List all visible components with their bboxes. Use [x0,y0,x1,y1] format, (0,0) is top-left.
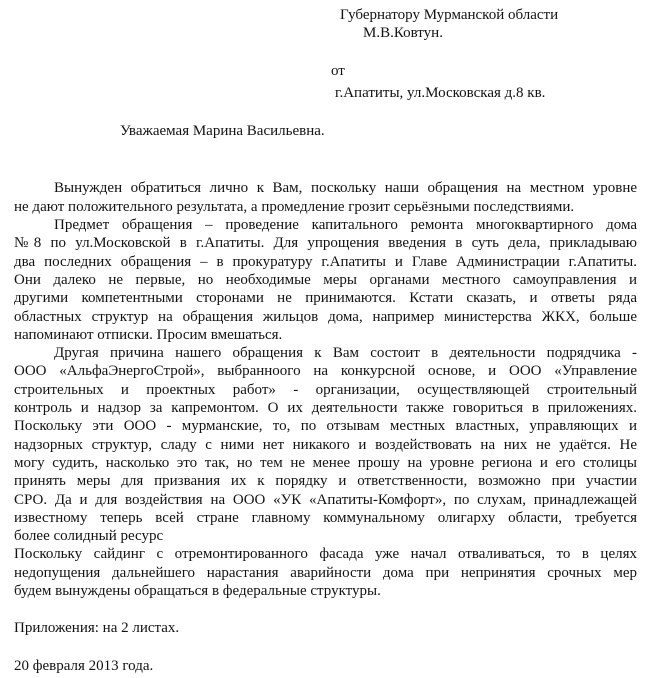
body-line: контроль и надзор за капремонтом. О их д… [14,399,637,417]
recipient-title: Губернатору Мурманской области [340,0,651,24]
body-line: не дают положительного результата, а про… [14,198,637,216]
body-line: ООО «АльфаЭнергоСтрой», выбранноого на к… [14,362,637,380]
recipient-name: М.В.Ковтун. [363,24,651,42]
body-line: Поскольку сайдинг с отремонтированного ф… [14,545,637,563]
body-line: строительных и проектных работ» - органи… [14,381,637,399]
body-line: известному теперь всей стране главному к… [14,509,637,527]
from-label: от [331,62,651,80]
body-line: Другая причина нашего обращения к Вам со… [14,344,637,362]
letter-header: Губернатору Мурманской области М.В.Ковту… [0,0,651,102]
sender-address: г.Апатиты, ул.Московская д.8 кв. [335,84,651,102]
body-line: другими компетентными сторонами не прини… [14,289,637,307]
letter-body: Вынужден обратиться лично к Вам, посколь… [14,179,637,600]
body-line: Они далеко не первые, но необходимые мер… [14,271,637,289]
body-line: областных структур на обращения жильцов … [14,308,637,326]
body-line: Поскольку эти ООО - мурманские, то, по о… [14,417,637,435]
body-line: напоминают отписки. Просим вмешаться. [14,326,637,344]
body-line: будем вынуждены обращаться в федеральные… [14,582,637,600]
body-line: более солидный ресурс [14,527,637,545]
body-line: №8 по ул.Московской в г.Апатиты. Для упр… [14,234,637,252]
attachments-note: Приложения: на 2 листах. [14,619,637,637]
body-line: могу судить, насколько это так, но тем н… [14,454,637,472]
letter-date: 20 февраля 2013 года. [14,657,637,675]
body-line: принять меры для призвания их к порядку … [14,472,637,490]
body-line: надзорных структур, сладу с ними нет ник… [14,436,637,454]
body-line: недопущения дальнейшего нарастания авари… [14,564,637,582]
body-line: Предмет обращения – проведение капитальн… [14,216,637,234]
body-line: Вынужден обратиться лично к Вам, посколь… [14,179,637,197]
body-line: два последних обращения – в прокуратуру … [14,253,637,271]
letter-page: Губернатору Мурманской области М.В.Ковту… [0,0,651,678]
body-line: СРО. Да и для воздействия на ООО «УК «Ап… [14,491,637,509]
salutation: Уважаемая Марина Васильевна. [120,122,651,140]
